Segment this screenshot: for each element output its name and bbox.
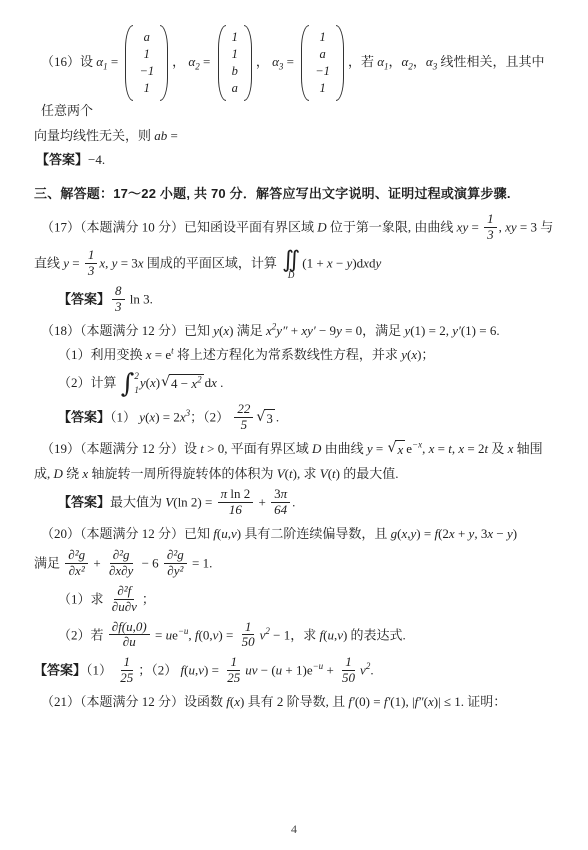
vector-row: 1	[319, 80, 325, 97]
text-run: 由曲线	[321, 441, 367, 456]
fraction-denominator: 3	[85, 264, 98, 279]
bold-text: 【答案】	[58, 291, 110, 306]
math-variable: xy	[505, 219, 517, 234]
bold-text: 三、解答题：17～22 小题, 共 70 分．解答应写出文字说明、证明过程或演算…	[34, 186, 511, 201]
text-run: − 1，求	[270, 627, 320, 642]
p17-stem2: 直线 y = 13x, y = 3x 围成的平面区域，计算 ∬D(1 + x −…	[34, 249, 554, 280]
double-integral: ∬D	[282, 249, 300, 280]
text-run: 成,	[34, 466, 54, 481]
text-run: （1）	[110, 409, 139, 424]
math-variable: ∂²g	[113, 547, 130, 562]
text-run: =	[434, 441, 448, 456]
math-variable: D	[312, 441, 321, 456]
fraction-numerator: 1	[121, 655, 134, 671]
double-integral-icon: ∬	[282, 249, 300, 272]
text-run: )；	[417, 347, 434, 362]
fraction: ∂²f∂u∂v	[109, 584, 140, 615]
fraction: 83	[112, 284, 125, 315]
integral-icon: ∫	[121, 371, 135, 397]
fraction: 13	[85, 248, 98, 279]
math-variable: π	[281, 486, 288, 501]
math-variable: 1	[345, 654, 352, 669]
text-run: −	[493, 526, 507, 541]
vector-entries: a1−11	[136, 25, 157, 101]
page-footer: 4	[34, 814, 554, 838]
text-run: − 6	[138, 555, 162, 570]
math-variable: 1	[230, 654, 237, 669]
math-variable: 64	[274, 502, 287, 517]
text-run: （2）若	[58, 627, 107, 642]
math-variable: V	[277, 466, 285, 481]
radicand: x	[395, 440, 405, 459]
math-variable: f″	[415, 694, 424, 709]
superscript: −u	[178, 626, 189, 636]
text-run: = 1.	[189, 555, 213, 570]
text-run: 最大值为	[110, 495, 165, 510]
paren-left-icon	[218, 25, 226, 101]
p16-stem: （16）设 α1 = a1−11， α2 = 11ba， α3 = 1a−11，…	[34, 25, 554, 121]
text-run: = 3	[117, 255, 137, 270]
paren-right-icon	[336, 25, 344, 101]
text-run: （1）	[86, 663, 115, 678]
p20-item2: （2）若 ∂f(u,0)∂u = ue−u, f(0,v) = 150v2 − …	[34, 621, 554, 652]
text-run: ln 2	[227, 486, 250, 501]
text-run: +	[255, 495, 269, 510]
p18-answer: 【答案】（1） y(x) = 2x3；（2） 225√3.	[34, 403, 554, 434]
paren-left-icon	[125, 25, 133, 101]
fraction-numerator: 1	[227, 655, 240, 671]
p19-stem: （19）（本题满分 12 分）设 t > 0, 平面有界区域 D 由曲线 y =…	[34, 439, 554, 459]
vector-row: 1	[232, 46, 238, 63]
text-run: ，	[389, 54, 402, 69]
text-run: )| ≤ 1. 证明：	[434, 694, 507, 709]
fraction-numerator: 1	[484, 212, 497, 228]
section-heading: 三、解答题：17～22 小题, 共 70 分．解答应写出文字说明、证明过程或演算…	[34, 184, 554, 204]
text-run: ) 具有 2 阶导数, 且	[240, 694, 348, 709]
integral-domain: D	[288, 271, 295, 280]
text-run: )	[513, 526, 517, 541]
text-run: ) =	[204, 663, 222, 678]
text-run: 轴旋转一周所得旋转体的体积为	[88, 466, 277, 481]
text-run: =	[152, 627, 166, 642]
text-run: =	[108, 54, 122, 69]
math-variable: 25	[120, 670, 133, 685]
text-run: (2	[438, 526, 449, 541]
p16-answer: 【答案】−4.	[34, 150, 554, 170]
fraction: π ln 216	[218, 487, 254, 518]
fraction: 3π64	[271, 487, 290, 518]
p16-stem-cont: 向量均线性无关，则 ab =	[34, 126, 554, 146]
math-variable: 1	[88, 247, 95, 262]
text-run: ) 满足	[229, 323, 266, 338]
text-run: 位于第一象限, 由曲线	[327, 219, 457, 234]
text-run: （1）求	[58, 591, 107, 606]
text-run: ) 的最大值.	[336, 466, 399, 481]
text-run: = 0，满足	[342, 323, 405, 338]
fraction-denominator: 5	[238, 418, 251, 433]
fraction-denominator: ∂x²	[66, 564, 88, 579]
text-run: ln 3.	[127, 291, 153, 306]
p18-item1: （1）利用变换 x = et 将上述方程化为常系数线性方程，并求 y(x)；	[34, 345, 554, 365]
text-run: （21）（本题满分 12 分）设函数	[41, 694, 226, 709]
text-run: ) 具有二阶连续偏导数，且	[237, 526, 391, 541]
paren-right-icon	[160, 25, 168, 101]
p20-constraint: 满足 ∂²g∂x² + ∂²g∂x∂y − 6 ∂²g∂y² = 1.	[34, 549, 554, 580]
vector-row: a	[144, 29, 150, 46]
text-run: ) =	[218, 627, 236, 642]
fraction-numerator: 1	[85, 248, 98, 264]
vector-row: −1	[139, 63, 154, 80]
text-run: (1) = 6.	[461, 323, 500, 338]
fraction-denominator: ∂u	[120, 635, 139, 650]
vector-row: b	[232, 63, 238, 80]
text-run: ，	[413, 54, 426, 69]
vector-row: −1	[315, 63, 330, 80]
math-variable: 50	[242, 634, 255, 649]
math-variable: y′	[452, 323, 461, 338]
text-run: +	[455, 526, 469, 541]
fraction: 150	[239, 620, 258, 651]
text-run: (ln 2) =	[173, 495, 215, 510]
fraction-numerator: 1	[342, 655, 355, 671]
text-run: (1), |	[390, 694, 414, 709]
text-run: .	[292, 495, 295, 510]
fraction: 125	[117, 655, 136, 686]
integral-upper-limit: 2	[134, 370, 139, 384]
fraction: ∂²g∂x²	[65, 548, 88, 579]
vector-row: a	[232, 80, 238, 97]
fraction-denominator: 50	[239, 635, 258, 650]
math-variable: ab	[154, 128, 167, 143]
fraction-numerator: ∂²g	[110, 548, 133, 564]
text-run: )	[156, 375, 160, 390]
math-variable: xy′	[301, 323, 315, 338]
fraction-denominator: ∂u∂v	[109, 600, 140, 615]
integral-lower-limit: 1	[134, 384, 139, 398]
paren-left-icon	[301, 25, 309, 101]
math-variable: 3	[115, 299, 122, 314]
document-page: （16）设 α1 = a1−11， α2 = 11ba， α3 = 1a−11，…	[0, 0, 588, 850]
text-run: 将上述方程化为常系数线性方程，并求	[174, 347, 402, 362]
fraction: 225	[234, 402, 253, 433]
math-variable: ∂²f	[117, 583, 131, 598]
p17-answer: 【答案】83 ln 3.	[34, 285, 554, 316]
fraction: 150	[339, 655, 358, 686]
math-variable: y	[375, 255, 381, 270]
math-variable: α	[377, 54, 384, 69]
math-variable: uv	[245, 663, 257, 678]
text-run: .	[370, 663, 373, 678]
text-run: =	[69, 255, 83, 270]
fraction-numerator: 8	[112, 284, 125, 300]
math-variable: V	[320, 466, 328, 481]
math-variable: D	[317, 219, 326, 234]
p20-stem: （20）（本题满分 12 分）已知 f(u,v) 具有二阶连续偏导数，且 g(x…	[34, 524, 554, 544]
math-variable: x	[397, 442, 403, 457]
text-run: ；（2）	[138, 663, 180, 678]
text-run: −	[333, 255, 347, 270]
text-run: (0) =	[355, 694, 384, 709]
vector-entries: 1a−11	[312, 25, 333, 101]
text-run: +	[90, 555, 104, 570]
text-run: （2）计算	[58, 375, 120, 390]
fraction: 125	[224, 655, 243, 686]
text-run: = 2	[464, 441, 484, 456]
document-content: （16）设 α1 = a1−11， α2 = 11ba， α3 = 1a−11，…	[34, 20, 554, 814]
text-run: =	[200, 54, 214, 69]
text-run: ) =	[416, 526, 434, 541]
text-run: 绕	[63, 466, 83, 481]
page-number: 4	[291, 822, 297, 836]
integral-limits: 21	[134, 370, 139, 398]
text-run: ) 的表达式.	[343, 627, 406, 642]
radicand: 3	[264, 409, 275, 428]
vector-entries: 11ba	[229, 25, 241, 101]
text-run: =	[283, 54, 297, 69]
math-variable: 22	[237, 401, 250, 416]
math-variable: 1	[124, 654, 131, 669]
math-variable: 3	[88, 263, 95, 278]
text-run: +	[323, 663, 337, 678]
square-root: √x	[388, 440, 406, 459]
paren-right-icon	[244, 25, 252, 101]
math-variable: ∂²g	[167, 547, 184, 562]
text-run: 围成的平面区域，计算	[144, 255, 281, 270]
fraction-numerator: ∂²g	[164, 548, 187, 564]
math-variable: ∂²g	[68, 547, 85, 562]
fraction: 13	[484, 212, 497, 243]
fraction-denominator: 25	[224, 671, 243, 686]
text-run: ；	[142, 591, 155, 606]
text-run: +	[287, 323, 301, 338]
text-run: =	[468, 219, 482, 234]
math-variable: 3	[487, 227, 494, 242]
text-run: 及	[488, 441, 508, 456]
column-vector: 1a−11	[301, 25, 344, 101]
p19-stem2: 成, D 绕 x 轴旋转一周所得旋转体的体积为 V(t), 求 V(t) 的最大…	[34, 464, 554, 484]
text-run: > 0, 平面有界区域	[204, 441, 312, 456]
text-run: − 9	[316, 323, 336, 338]
fraction-numerator: 1	[242, 620, 255, 636]
square-root: √4 − x2	[161, 374, 204, 393]
text-run: −4.	[88, 152, 105, 167]
text-run: ，若	[348, 54, 377, 69]
fraction: ∂f(u,0)∂u	[109, 620, 150, 651]
bold-text: 【答案】	[58, 495, 110, 510]
fraction-denominator: 25	[117, 671, 136, 686]
text-run: = 3 与	[517, 219, 554, 234]
math-variable: 5	[241, 417, 248, 432]
superscript: −x	[412, 439, 422, 449]
vector-row: 1	[144, 46, 150, 63]
radicand: 4 − x2	[169, 374, 204, 393]
text-run: (0,	[199, 627, 213, 642]
p17-stem: （17）（本题满分 10 分）已知函设平面有界区域 D 位于第一象限, 由曲线 …	[34, 213, 554, 244]
fraction-denominator: 64	[271, 503, 290, 518]
p19-answer: 【答案】最大值为 V(ln 2) = π ln 216 + 3π64.	[34, 488, 554, 519]
text-run: （16）设	[41, 54, 96, 69]
text-run: ，	[256, 54, 272, 69]
text-run: ，	[172, 54, 188, 69]
fraction: ∂²g∂y²	[164, 548, 187, 579]
fraction-numerator: 22	[234, 402, 253, 418]
fraction-numerator: π ln 2	[218, 487, 254, 503]
vector-row: 1	[232, 29, 238, 46]
text-run: .	[217, 375, 224, 390]
math-variable: 16	[229, 502, 242, 517]
text-run: 向量均线性无关，则	[34, 128, 154, 143]
p20-answer: 【答案】（1） 125；（2） f(u,v) = 125uv − (u + 1)…	[34, 656, 554, 687]
column-vector: a1−11	[125, 25, 168, 101]
text-run: (1 +	[302, 255, 327, 270]
math-variable: 1	[487, 211, 494, 226]
text-run: = e	[152, 347, 172, 362]
math-variable: ∂x∂y	[109, 563, 133, 578]
vector-row: 1	[319, 29, 325, 46]
bold-text: 【答案】	[58, 409, 110, 424]
vector-row: 1	[144, 80, 150, 97]
math-variable: α	[272, 54, 279, 69]
fraction-denominator: ∂y²	[164, 564, 186, 579]
fraction: ∂²g∂x∂y	[106, 548, 136, 579]
vector-row: a	[319, 46, 325, 63]
p21-stem: （21）（本题满分 12 分）设函数 f(x) 具有 2 阶导数, 且 f′(0…	[34, 692, 554, 712]
text-run: 4 −	[171, 376, 191, 391]
math-variable: 1	[245, 619, 252, 634]
text-run: （20）（本题满分 12 分）已知	[41, 526, 213, 541]
bold-text: 【答案】	[36, 152, 88, 167]
text-run: =	[167, 128, 178, 143]
math-variable: 8	[115, 283, 122, 298]
fraction-numerator: ∂²g	[65, 548, 88, 564]
definite-integral: ∫21	[121, 370, 139, 398]
fraction-numerator: ∂²f	[114, 584, 134, 600]
text-run: (1) = 2,	[410, 323, 452, 338]
fraction-numerator: 3π	[271, 487, 290, 503]
text-run: )d	[352, 255, 363, 270]
math-variable: 50	[342, 670, 355, 685]
math-variable: xy	[457, 219, 469, 234]
text-run: （1）利用变换	[58, 347, 146, 362]
math-variable: ∂y²	[167, 563, 183, 578]
text-run: 直线	[34, 255, 63, 270]
fraction-numerator: ∂f(u,0)	[109, 620, 150, 636]
text-run: ), 求	[293, 466, 320, 481]
math-variable: 25	[227, 670, 240, 685]
square-root: √3	[256, 409, 274, 428]
superscript: −u	[313, 662, 324, 672]
text-run: .	[276, 409, 279, 424]
text-run: 3	[266, 411, 273, 426]
text-run: （19）（本题满分 12 分）设	[41, 441, 200, 456]
text-run: （17）（本题满分 10 分）已知函设平面有界区域	[41, 219, 317, 234]
superscript: 2	[197, 375, 202, 385]
text-run: − (	[258, 663, 276, 678]
p18-stem: （18）（本题满分 12 分）已知 y(x) 满足 x2y″ + xy′ − 9…	[34, 321, 554, 341]
text-run: ；（2）	[190, 409, 232, 424]
math-variable: ∂u∂v	[112, 599, 137, 614]
fraction-denominator: 16	[226, 503, 245, 518]
math-variable: y″	[276, 323, 287, 338]
text-run: , 3	[474, 526, 487, 541]
text-run: + 1)e	[282, 663, 312, 678]
column-vector: 11ba	[218, 25, 252, 101]
math-variable: α	[426, 54, 433, 69]
math-variable: ∂u	[123, 634, 136, 649]
text-run: 满足	[34, 555, 63, 570]
fraction-denominator: 50	[339, 671, 358, 686]
math-variable: D	[54, 466, 63, 481]
fraction-denominator: 3	[112, 300, 125, 315]
math-variable: ∂f(u,0)	[112, 619, 147, 634]
text-run: （18）（本题满分 12 分）已知	[41, 323, 213, 338]
text-run: =	[373, 441, 387, 456]
math-variable: ∂x²	[69, 563, 85, 578]
fraction-denominator: ∂x∂y	[106, 564, 136, 579]
p20-item1: （1）求 ∂²f∂u∂v；	[34, 585, 554, 616]
text-run: ) = 2	[155, 409, 180, 424]
fraction-denominator: 3	[484, 228, 497, 243]
text-run: 轴围	[513, 441, 542, 456]
p18-item2: （2）计算 ∫21y(x)√4 − x2dx .	[34, 370, 554, 398]
bold-text: 【答案】	[34, 663, 86, 678]
